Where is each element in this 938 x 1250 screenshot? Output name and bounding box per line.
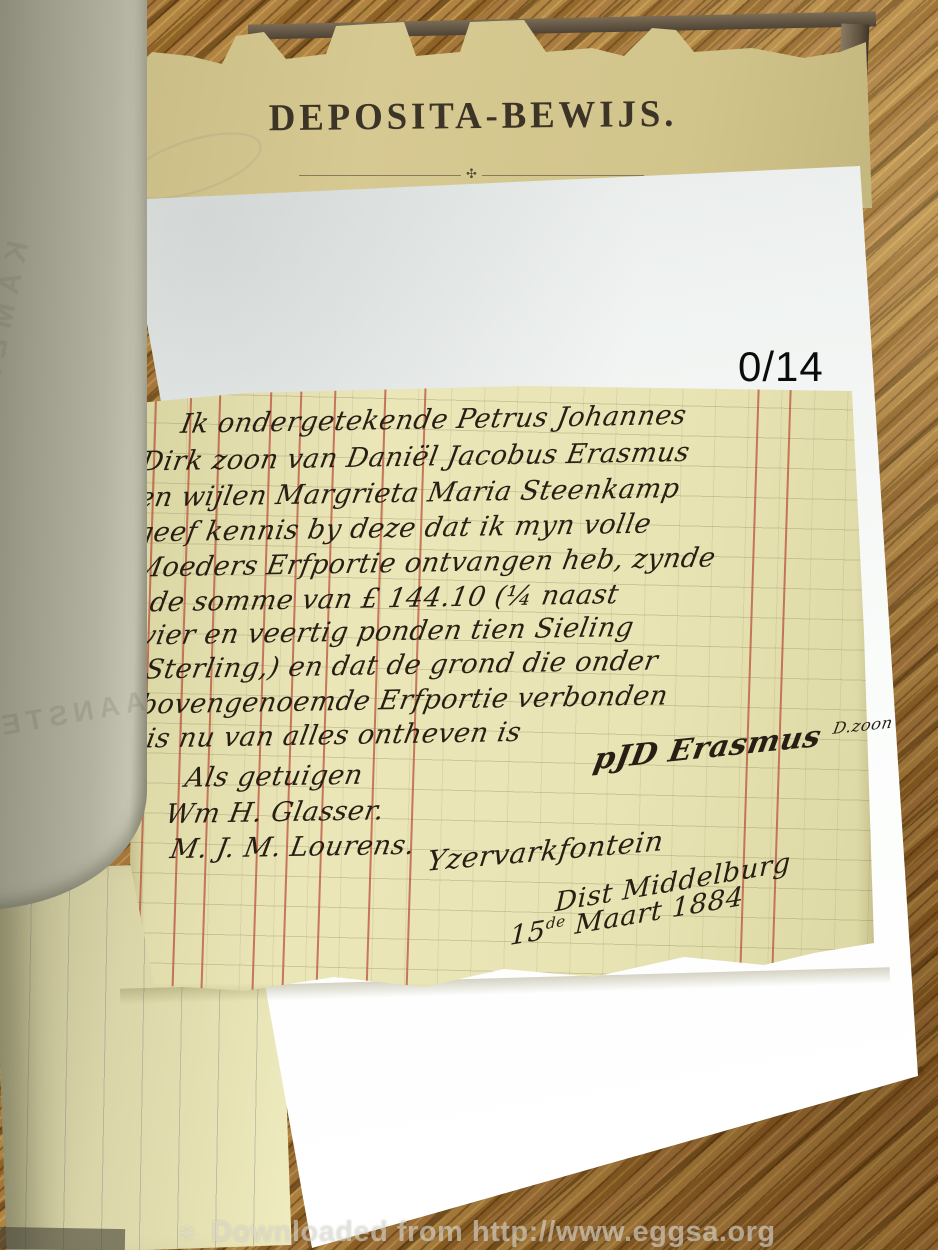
- place-name: Yzervarkfontein: [425, 824, 665, 877]
- manuscript-line: geef kennis by deze dat ik myn volle: [133, 509, 654, 549]
- witness-signature: M. J. M. Lourens.: [168, 830, 418, 865]
- signature-name: pJD Erasmus: [591, 719, 824, 777]
- manuscript-line: en wijlen Margrieta Maria Steenkamp: [136, 473, 683, 514]
- manuscript-line: Dirk zoon van Daniël Jacobus Erasmus: [139, 437, 692, 478]
- manuscript-line: Moeders Erfportie ontvangen heb, zynde: [132, 542, 718, 583]
- watermark-text: Downloaded from http://www.eggsa.org: [211, 1216, 776, 1248]
- signature: pJD Erasmus D.zoon: [591, 712, 895, 778]
- dark-corner-bottom-left: [0, 1227, 125, 1250]
- manuscript-text-layer: Ik ondergetekende Petrus Johannes Dirk z…: [120, 376, 911, 1030]
- manuscript-line: is nu van alles ontheven is: [144, 717, 524, 755]
- manuscript-line: vier en veertig ponden tien Sieling: [138, 612, 636, 652]
- signature-suffix: D.zoon: [832, 713, 895, 738]
- watermark: ✳Downloaded from http://www.eggsa.org: [178, 1216, 776, 1249]
- date-ordinal: de: [546, 912, 566, 933]
- divider-line-right: [482, 175, 644, 176]
- divider-ornament-icon: ✣: [466, 168, 477, 182]
- ghost-text-lower: AANSTE: [0, 685, 148, 743]
- manuscript-line: bovengenoemde Erfportie verbonden: [137, 680, 670, 720]
- manuscript-line: Sterling,) en dat de grond die onder: [143, 645, 661, 685]
- manuscript-line: Ik ondergetekende Petrus Johannes: [178, 400, 689, 440]
- grey-book-page-left: KAMER AANSTE: [0, 0, 147, 910]
- witness-signature: Wm H. Glasser.: [163, 795, 387, 830]
- ghost-text-upper: KAMER: [0, 238, 36, 402]
- photo-of-deposit-receipt: DEPOSITA-BEWIJS. ✣ Ik ondergetekende Pet…: [0, 0, 938, 1250]
- witness-heading: Als getuigen: [183, 760, 366, 794]
- divider-line-left: [299, 175, 461, 176]
- watermark-asterisk-icon: ✳: [178, 1221, 197, 1246]
- date-day: 15: [509, 915, 546, 952]
- page-counter-label: 0/14: [738, 346, 824, 388]
